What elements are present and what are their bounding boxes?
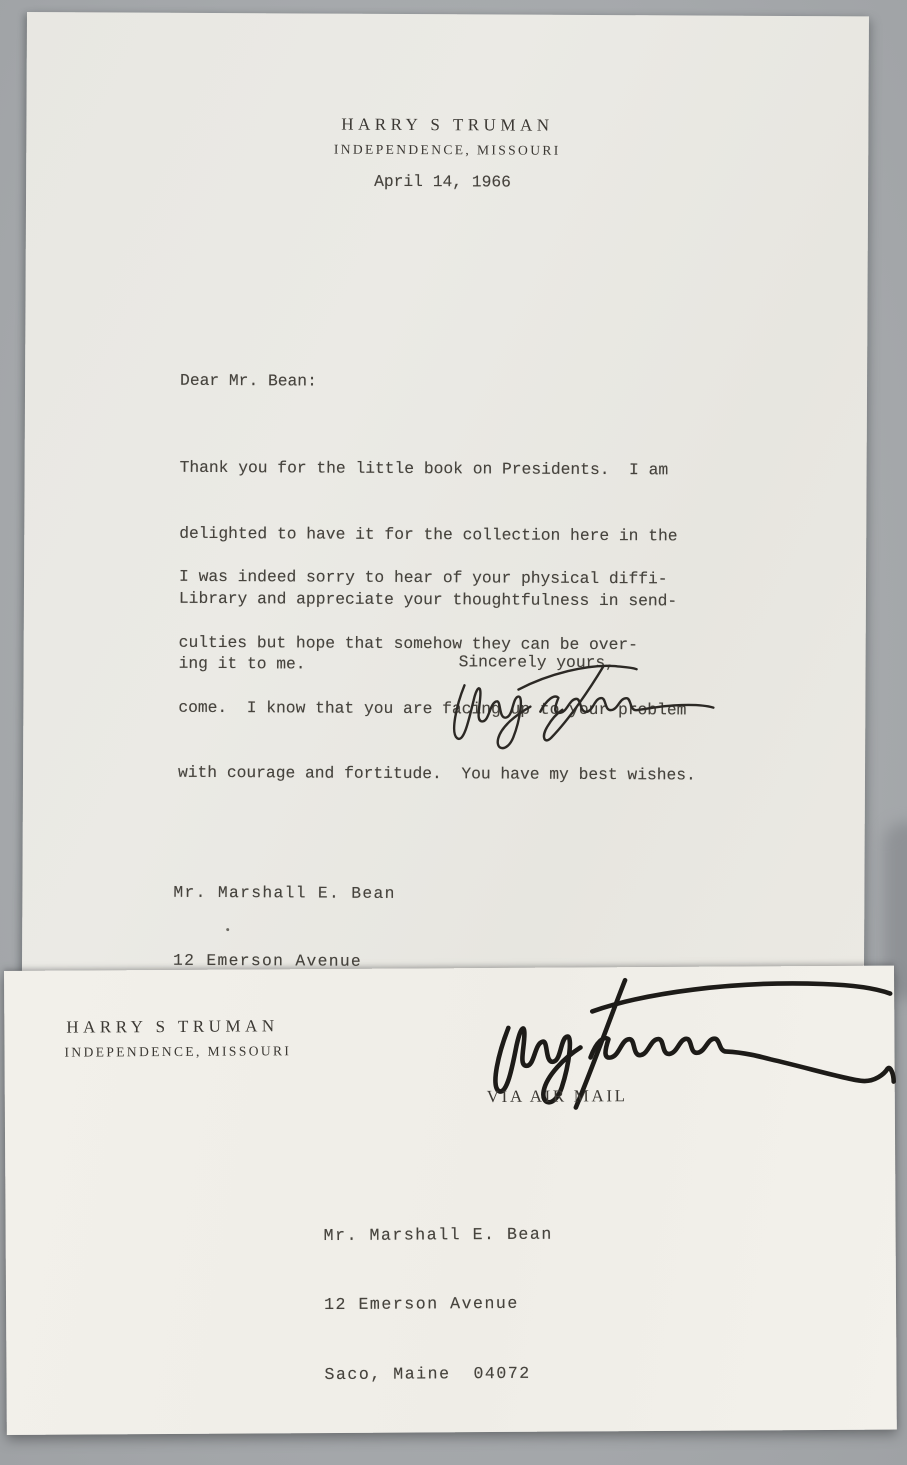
letter-date: April 14, 1966 xyxy=(374,171,511,193)
envelope: HARRY S TRUMAN INDEPENDENCE, MISSOURI VI… xyxy=(4,966,897,1435)
letter-sheet: HARRY S TRUMAN INDEPENDENCE, MISSOURI Ap… xyxy=(22,12,869,994)
air-mail-marking: VIA AIR MAIL xyxy=(487,1086,628,1107)
address-line: Saco, Maine 04072 xyxy=(324,1362,553,1387)
envelope-letterhead-location: INDEPENDENCE, MISSOURI xyxy=(64,1043,291,1060)
envelope-address: Mr. Marshall E. Bean 12 Emerson Avenue S… xyxy=(323,1176,554,1434)
address-line: Mr. Marshall E. Bean xyxy=(324,1222,553,1247)
body-line: I was indeed sorry to hear of your physi… xyxy=(179,566,697,590)
body-line: culties but hope that somehow they can b… xyxy=(179,631,697,655)
ink-speck xyxy=(226,928,229,931)
envelope-letterhead-name: HARRY S TRUMAN xyxy=(66,1016,278,1037)
address-line: Mr. Marshall E. Bean xyxy=(173,882,396,906)
body-line: Thank you for the little book on Preside… xyxy=(180,457,678,481)
salutation: Dear Mr. Bean: xyxy=(180,370,317,392)
body-line: with courage and fortitude. You have my … xyxy=(178,762,696,786)
letterhead-name: HARRY S TRUMAN xyxy=(26,113,868,137)
letterhead-location: INDEPENDENCE, MISSOURI xyxy=(26,140,868,160)
harry-truman-signature xyxy=(448,659,723,755)
address-line: 12 Emerson Avenue xyxy=(324,1292,553,1317)
photo-background: { "letter": { "letterhead": { "name": "H… xyxy=(0,0,907,1465)
